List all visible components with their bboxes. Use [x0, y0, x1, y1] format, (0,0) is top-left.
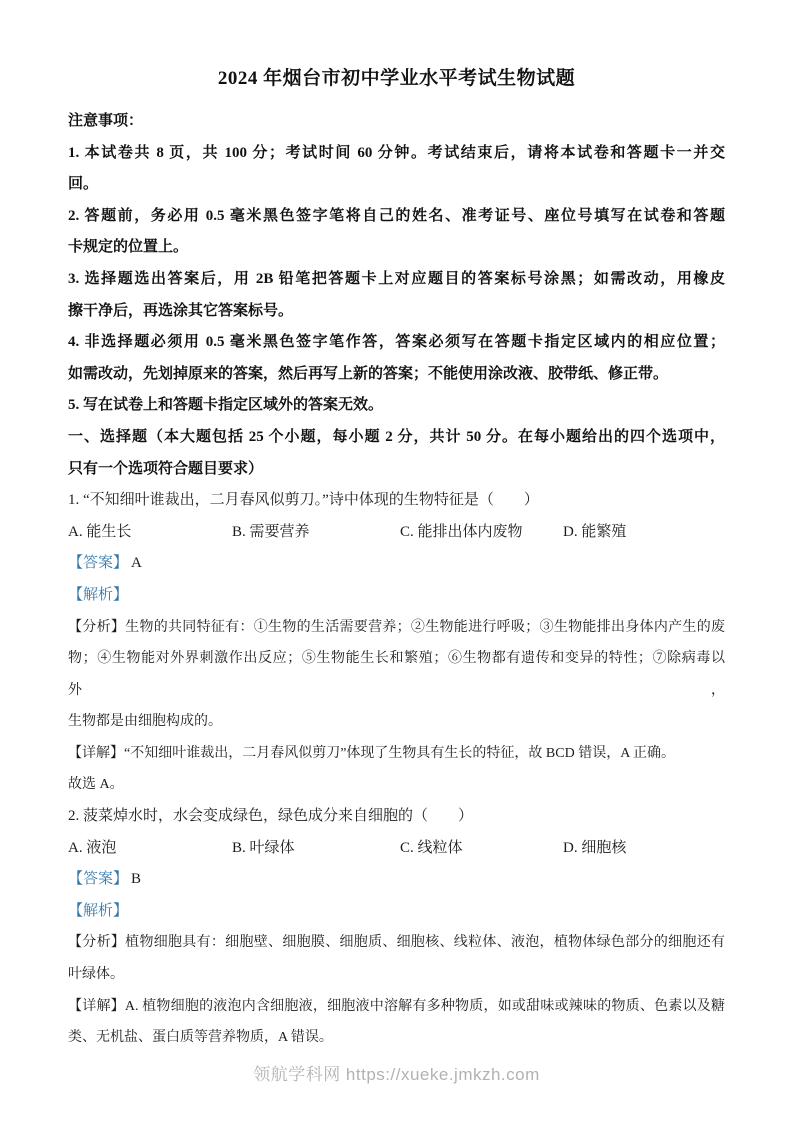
- q2-option-b: B. 叶绿体: [232, 833, 400, 865]
- q1-fenxi-line-1: 【分析】生物的共同特征有：①生物的生活需要营养；②生物能进行呼吸；③生物能排出身…: [68, 612, 725, 644]
- q2-options: A. 液泡 B. 叶绿体 C. 线粒体 D. 细胞核: [68, 833, 725, 865]
- notice-heading: 注意事项：: [68, 106, 725, 138]
- section-heading-line-2: 只有一个选项符合题目要求）: [68, 454, 725, 486]
- notice-item-5: 5. 写在试卷上和答题卡指定区域外的答案无效。: [68, 390, 725, 422]
- q2-option-c: C. 线粒体: [400, 833, 563, 865]
- q1-answer-value: A: [131, 555, 142, 571]
- q2-answer-label: 【答案】: [68, 871, 128, 887]
- notice-item-3-line-2: 擦干净后，再选涂其它答案标号。: [68, 296, 725, 328]
- q2-option-d: D. 细胞核: [563, 833, 626, 865]
- exam-page: 2024 年烟台市初中学业水平考试生物试题 注意事项： 1. 本试卷共 8 页，…: [0, 0, 793, 1122]
- q1-fenxi-line-2: 物；④生物能对外界刺激作出反应；⑤生物能生长和繁殖；⑥生物都有遗传和变异的特性；…: [68, 643, 725, 706]
- q1-conclusion: 故选 A。: [68, 769, 725, 801]
- q2-xiangjie-line-2: 类、无机盐、蛋白质等营养物质，A 错误。: [68, 1022, 725, 1054]
- notice-item-3-line-1: 3. 选择题选出答案后，用 2B 铅笔把答题卡上对应题目的答案标号涂黑；如需改动…: [68, 264, 725, 296]
- q1-answer-label: 【答案】: [68, 555, 128, 571]
- q2-fenxi-line-1: 【分析】植物细胞具有：细胞壁、细胞膜、细胞质、细胞核、线粒体、液泡，植物体绿色部…: [68, 927, 725, 959]
- q1-jiexi-line: 【解析】: [68, 580, 725, 612]
- notice-item-1-line-2: 回。: [68, 169, 725, 201]
- q1-fenxi-line-3: 生物都是由细胞构成的。: [68, 706, 725, 738]
- q1-option-b: B. 需要营养: [232, 517, 400, 549]
- notice-item-2-line-2: 卡规定的位置上。: [68, 232, 725, 264]
- q2-answer-value: B: [131, 871, 141, 887]
- notice-item-4-line-2: 如需改动，先划掉原来的答案，然后再写上新的答案；不能使用涂改液、胶带纸、修正带。: [68, 359, 725, 391]
- q2-jiexi-label: 【解析】: [68, 903, 128, 919]
- q2-fenxi-line-2: 叶绿体。: [68, 959, 725, 991]
- notice-item-1-line-1: 1. 本试卷共 8 页，共 100 分；考试时间 60 分钟。考试结束后，请将本…: [68, 138, 725, 170]
- q2-stem: 2. 菠菜焯水时，水会变成绿色，绿色成分来自细胞的（ ）: [68, 801, 725, 833]
- q1-option-d: D. 能繁殖: [563, 517, 626, 549]
- q1-xiangjie: 【详解】“不知细叶谁裁出，二月春风似剪刀”体现了生物具有生长的特征，故 BCD …: [68, 738, 725, 770]
- q1-answer-line: 【答案】A: [68, 548, 725, 580]
- q2-xiangjie-line-1: 【详解】A. 植物细胞的液泡内含细胞液，细胞液中溶解有多种物质，如或甜味或辣味的…: [68, 991, 725, 1023]
- q1-option-a: A. 能生长: [68, 517, 232, 549]
- notice-item-4-line-1: 4. 非选择题必须用 0.5 毫米黑色签字笔作答，答案必须写在答题卡指定区域内的…: [68, 327, 725, 359]
- q1-jiexi-label: 【解析】: [68, 587, 128, 603]
- q1-options: A. 能生长 B. 需要营养 C. 能排出体内废物 D. 能繁殖: [68, 517, 725, 549]
- watermark: 领航学科网 https://xueke.jmkzh.com: [0, 1060, 793, 1085]
- q1-option-c: C. 能排出体内废物: [400, 517, 563, 549]
- q2-jiexi-line: 【解析】: [68, 896, 725, 928]
- q1-stem: 1. “不知细叶谁裁出，二月春风似剪刀。”诗中体现的生物特征是（ ）: [68, 485, 725, 517]
- section-heading-line-1: 一、选择题（本大题包括 25 个小题，每小题 2 分，共计 50 分。在每小题给…: [68, 422, 725, 454]
- q2-answer-line: 【答案】B: [68, 864, 725, 896]
- page-title: 2024 年烟台市初中学业水平考试生物试题: [68, 62, 725, 96]
- q2-option-a: A. 液泡: [68, 833, 232, 865]
- notice-item-2-line-1: 2. 答题前，务必用 0.5 毫米黑色签字笔将自己的姓名、准考证号、座位号填写在…: [68, 201, 725, 233]
